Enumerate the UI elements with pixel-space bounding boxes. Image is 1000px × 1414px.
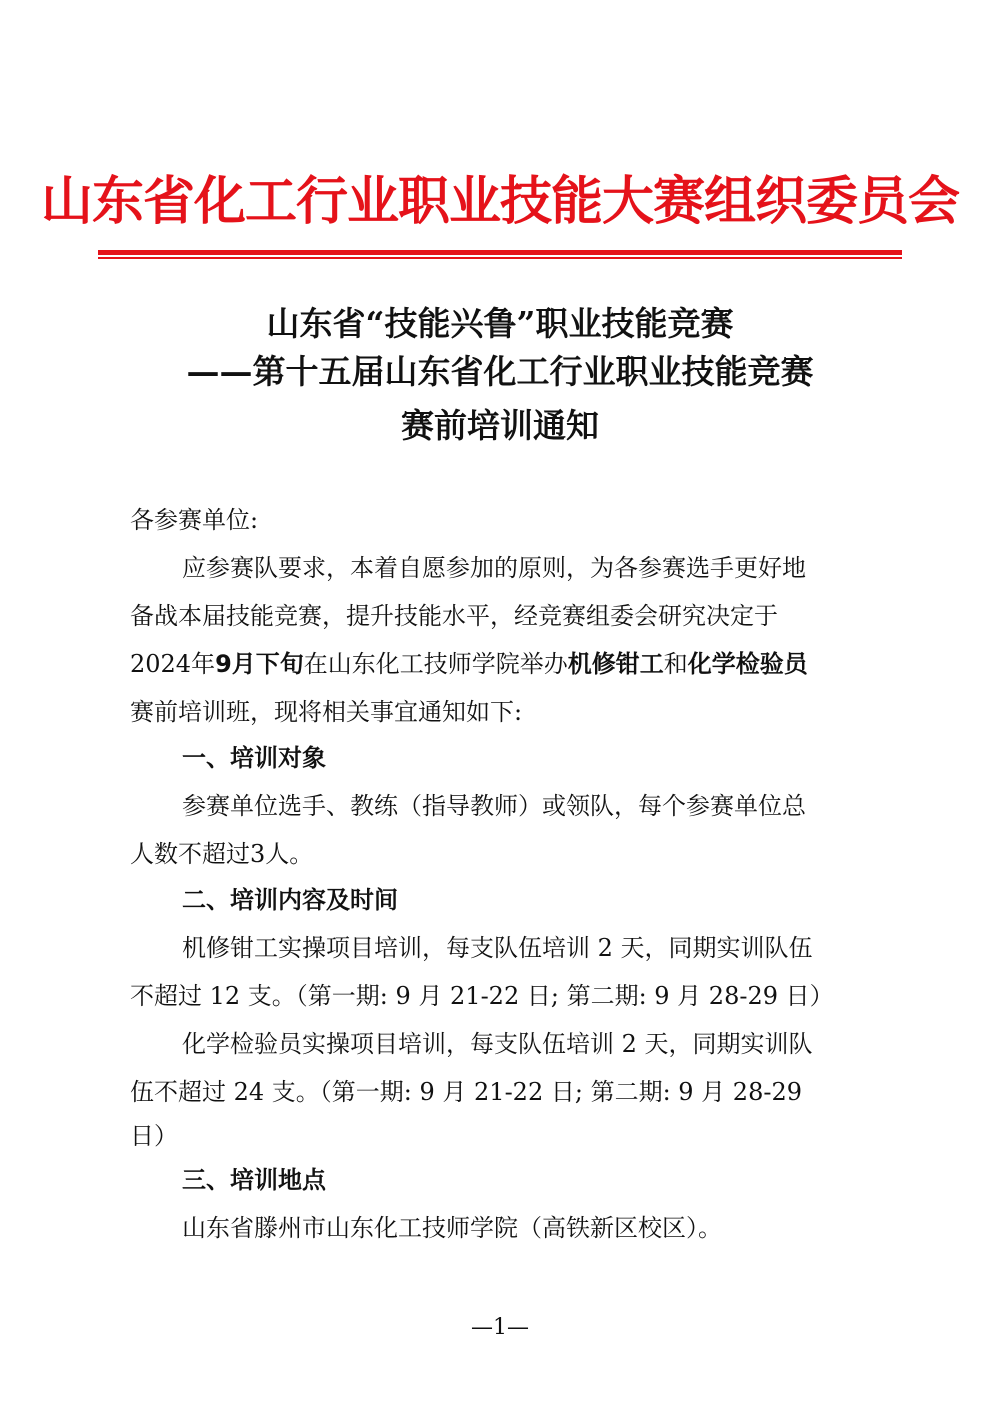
masthead-organization: 山东省化工行业职业技能大赛组织委员会 (0, 166, 1000, 238)
document-title-line2: ——第十五届山东省化工行业职业技能竞赛 (0, 342, 1000, 402)
intro-line-2: 备战本届技能竞赛，提升技能水平，经竞赛组委会研究决定于 (130, 596, 778, 636)
intro-line-4: 赛前培训班，现将相关事宜通知如下: (130, 692, 522, 732)
section-heading-1: 一、培训对象 (182, 738, 326, 778)
intro-and: 和 (664, 650, 688, 678)
section-heading-2: 二、培训内容及时间 (182, 880, 398, 920)
intro-venue: 在山东化工技师学院举办 (304, 650, 568, 678)
section-2-line-2: 不超过 12 支。（第一期: 9 月 21-22 日; 第二期: 9 月 28-… (130, 976, 834, 1016)
section-3-line-1: 山东省滕州市山东化工技师学院（高铁新区校区）。 (182, 1208, 722, 1248)
intro-year: 2024年 (130, 650, 215, 678)
intro-line-1: 应参赛队要求，本着自愿参加的原则，为各参赛选手更好地 (182, 548, 806, 588)
document-title-line3: 赛前培训通知 (0, 396, 1000, 456)
section-2-line-3: 化学检验员实操项目培训，每支队伍培训 2 天，同期实训队 (182, 1024, 813, 1064)
intro-date-emphasis: 9月下旬 (215, 650, 304, 678)
section-2-line-1: 机修钳工实操项目培训，每支队伍培训 2 天，同期实训队伍 (182, 928, 813, 968)
salutation: 各参赛单位: (130, 500, 258, 540)
intro-trade-fitter: 机修钳工 (568, 650, 664, 678)
section-heading-3: 三、培训地点 (182, 1160, 326, 1200)
section-2-line-5: 日） (130, 1116, 178, 1156)
section-1-line-2: 人数不超过3人。 (130, 834, 313, 874)
section-1-line-1: 参赛单位选手、教练（指导教师）或领队，每个参赛单位总 (182, 786, 806, 826)
red-divider-thin (98, 257, 902, 259)
red-divider-thick (98, 250, 902, 255)
page-number: —1— (0, 1315, 1000, 1340)
section-2-line-4: 伍不超过 24 支。（第一期: 9 月 21-22 日; 第二期: 9 月 28… (130, 1072, 802, 1112)
intro-trade-inspector: 化学检验员 (688, 650, 808, 678)
intro-line-3: 2024年9月下旬在山东化工技师学院举办机修钳工和化学检验员 (130, 644, 808, 684)
